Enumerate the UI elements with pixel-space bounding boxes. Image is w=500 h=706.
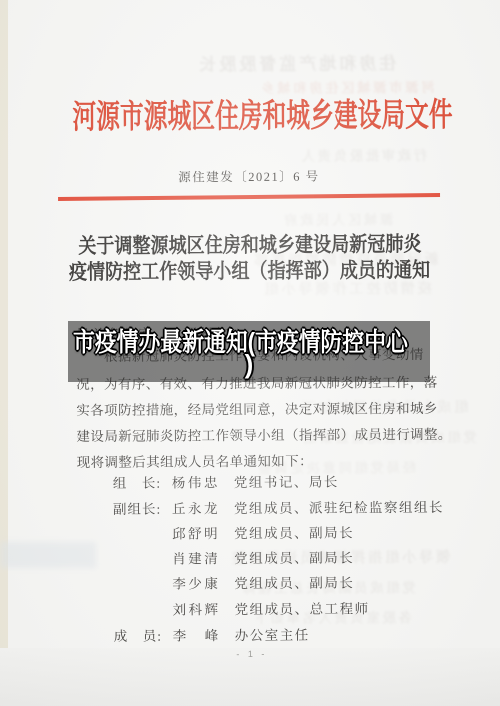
roster-role: 组 长: [113,472,161,492]
roster-name: 丘永龙 [172,497,220,517]
scanned-document-screenshot: 住房和地产监督股股长 河源市源城区住房和城乡 行政审批股负责人 源城区人民政府 … [0,0,500,706]
roster-row: 成 员: 李 峰 办公室主任 [2,622,500,645]
page-number: - 1 - [2,647,500,660]
body-line-3: 实各项防控措施，经局党组同意，决定对源城区住房和城乡 [76,397,438,419]
roster-role: 成 员: [114,625,162,645]
document-title-line2-text: 疫情防控工作领导小组（指挥部）成员的通知 [69,254,430,286]
roster-name: 肖建清 [172,547,220,567]
document-number: 源住建发〔2021〕6 号 [0,165,499,186]
roster-title: 党组成员、总工程师 [234,597,369,618]
roster-row: 肖建清 党组成员、副局长 [1,545,500,568]
watermark-line2: ) [68,349,430,380]
roster-row: 刘科辉 党组成员、总工程师 [2,596,500,619]
document-title-line2: 疫情防控工作领导小组（指挥部）成员的通知 [0,253,500,286]
roster-name: 邱舒明 [172,522,220,542]
roster-row: 组 长: 杨伟忠 党组书记、局长 [1,469,500,492]
roster-title: 党组书记、局长 [234,470,339,491]
agency-header: 河源市源城区住房和城乡建设局文件 [0,88,499,138]
roster-title: 办公室主任 [235,624,310,644]
roster-role: 副组长: [113,498,161,518]
roster-row: 李少康 党组成员、副局长 [1,570,500,593]
bleedthrough-fragment: 行政审批股负责人 [299,145,427,165]
roster-row: 邱舒明 党组成员、副局长 [1,520,500,543]
roster-name: 李少康 [172,572,220,592]
body-line-4: 建设局新冠肺炎防控工作领导小组（指挥部）成员进行调整。 [76,423,451,445]
roster-title: 党组成员、副局长 [234,521,354,542]
roster-name: 杨伟忠 [172,471,220,491]
bleedthrough-fragment: 住房和地产监督股股长 [196,49,396,75]
roster-name: 李 峰 [173,624,221,644]
agency-header-text: 河源市源城区住房和城乡建设局文件 [72,89,452,138]
roster-title: 党组成员、派驻纪检监察组组长 [234,496,444,517]
watermark-banner: 市疫情办最新通知(市疫情防控中心 ) [68,321,430,382]
roster-name: 刘科辉 [172,598,220,618]
body-line-5: 现将调整后其组成人员名单通知如下： [77,450,313,471]
red-divider-rule [58,193,440,201]
roster-title: 党组成员、副局长 [234,571,354,592]
bleedthrough-fragment: 源城区人民政府 [281,209,393,229]
roster-title: 党组成员、副局长 [234,546,354,567]
roster-row: 副组长: 丘永龙 党组成员、派驻纪检监察组组长 [1,495,500,518]
